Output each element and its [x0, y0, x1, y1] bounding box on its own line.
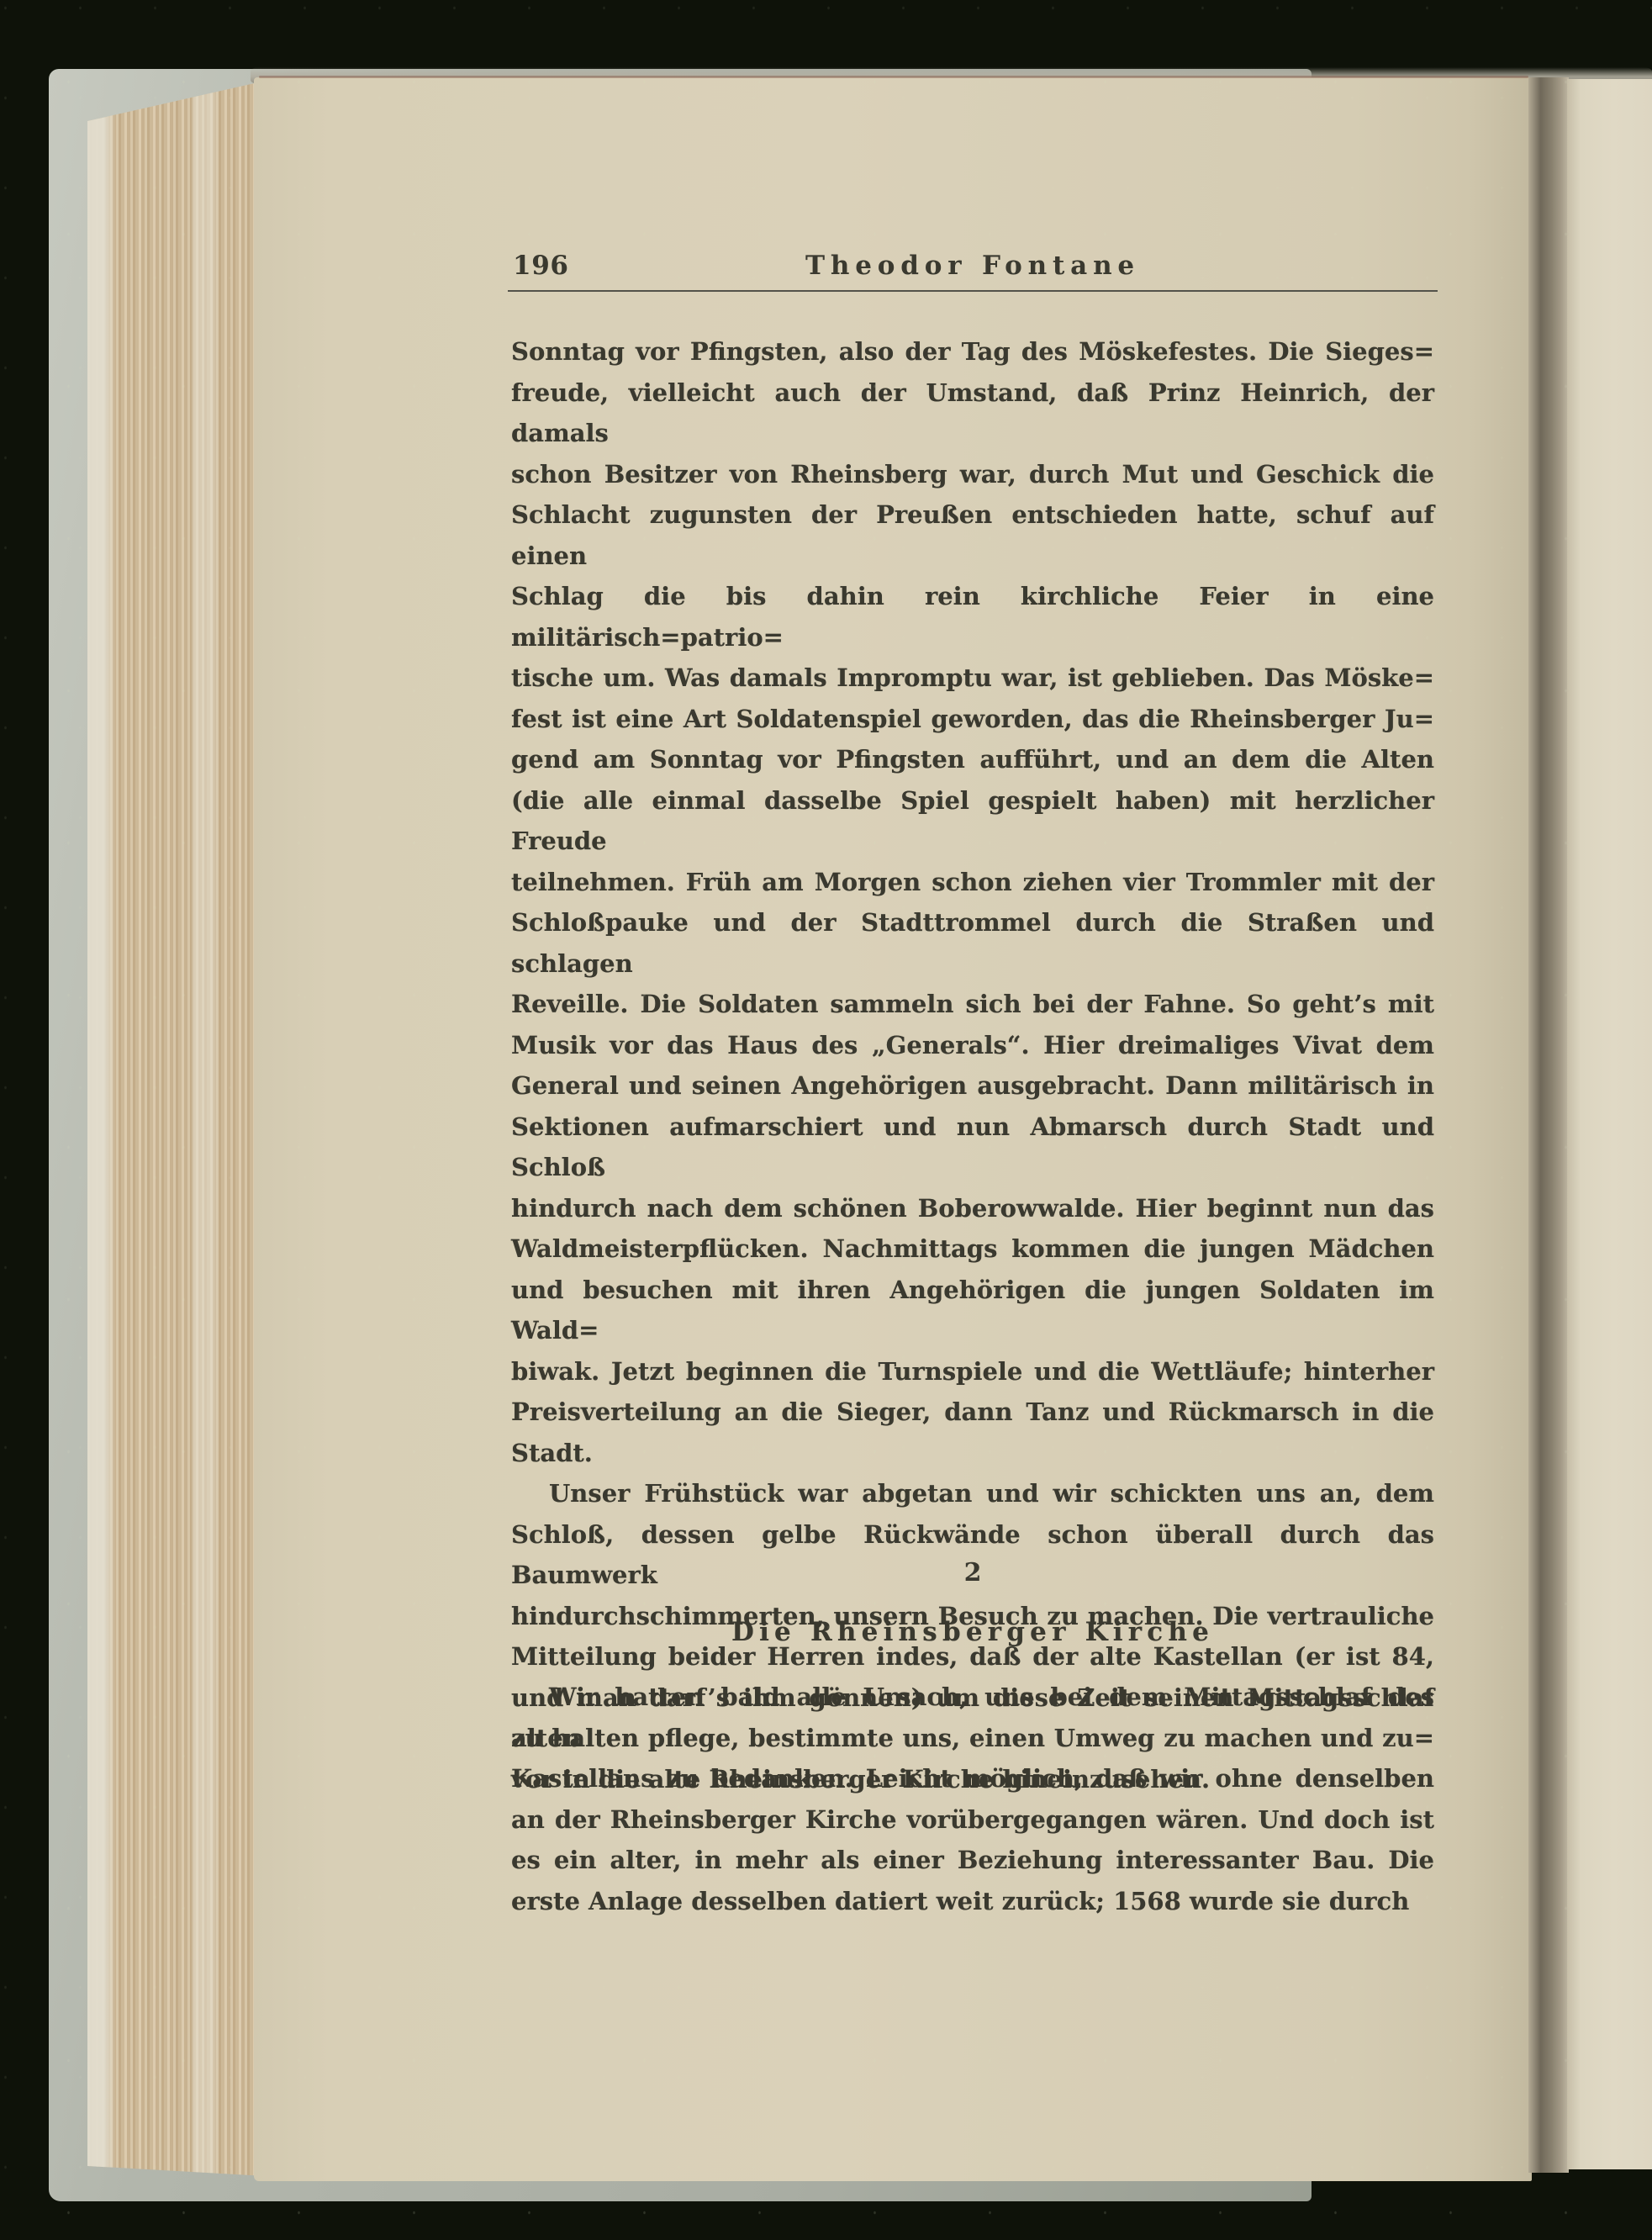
paragraph: Wir hatten bald alle Ursach, uns bei dem…	[511, 1677, 1434, 1921]
text-line: freude, vielleicht auch der Umstand, daß…	[511, 372, 1434, 454]
paragraph: Sonntag vor Pfingsten, also der Tag des …	[511, 331, 1434, 1473]
text-line: Preisverteilung an die Sieger, dann Tanz…	[511, 1392, 1434, 1433]
text-line: biwak. Jetzt beginnen die Turnspiele und…	[511, 1351, 1434, 1392]
text-line: schon Besitzer von Rheinsberg war, durch…	[511, 454, 1434, 495]
text-line: Kastellans zu bedanken. Leicht möglich, …	[511, 1758, 1434, 1799]
page-header: 196 Theodor Fontane	[511, 249, 1434, 288]
text-line: Schloßpauke und der Stadttrommel durch d…	[511, 902, 1434, 984]
text-line: gend am Sonntag vor Pfingsten aufführt, …	[511, 739, 1434, 780]
text-line: Reveille. Die Soldaten sammeln sich bei …	[511, 984, 1434, 1025]
text-line: Unser Frühstück war abgetan und wir schi…	[511, 1473, 1434, 1514]
section-title: Die Rheinsberger Kirche	[511, 1617, 1434, 1647]
header-rule	[508, 290, 1438, 292]
text-line: tische um. Was damals Impromptu war, ist…	[511, 658, 1434, 699]
text-line: Sektionen aufmarschiert und nun Abmarsch…	[511, 1107, 1434, 1188]
text-line: Schlacht zugunsten der Preußen entschied…	[511, 494, 1434, 576]
text-line: teilnehmen. Früh am Morgen schon ziehen …	[511, 862, 1434, 903]
text-line: an der Rheinsberger Kirche vorübergegang…	[511, 1799, 1434, 1841]
body-text-after-section: Wir hatten bald alle Ursach, uns bei dem…	[511, 1677, 1434, 1921]
section-number: 2	[511, 1558, 1434, 1588]
page-number: 196	[513, 251, 569, 281]
text-line: Stadt.	[511, 1433, 1434, 1474]
text-line: Musik vor das Haus des „Generals“. Hier …	[511, 1025, 1434, 1066]
text-line: und besuchen mit ihren Angehörigen die j…	[511, 1270, 1434, 1351]
running-title: Theodor Fontane	[511, 249, 1434, 281]
gutter-shadow	[1528, 77, 1569, 2173]
text-line: Wir hatten bald alle Ursach, uns bei dem…	[511, 1677, 1434, 1758]
text-line: Schlag die bis dahin rein kirchliche Fei…	[511, 576, 1434, 658]
text-line: es ein alter, in mehr als einer Beziehun…	[511, 1840, 1434, 1881]
text-line: Waldmeisterpflücken. Nachmittags kommen …	[511, 1228, 1434, 1270]
text-line: (die alle einmal dasselbe Spiel gespielt…	[511, 780, 1434, 862]
text-line: fest ist eine Art Soldatenspiel geworden…	[511, 699, 1434, 740]
facing-page-edge	[1567, 79, 1652, 2169]
text-line: General und seinen Angehörigen ausgebrac…	[511, 1065, 1434, 1107]
text-line: erste Anlage desselben datiert weit zurü…	[511, 1881, 1434, 1922]
book-scan-scene: 196 Theodor Fontane Sonntag vor Pfingste…	[0, 0, 1652, 2240]
text-line: hindurch nach dem schönen Boberowwalde. …	[511, 1188, 1434, 1229]
page-stack-fore-edge	[87, 81, 266, 2179]
text-line: Sonntag vor Pfingsten, also der Tag des …	[511, 331, 1434, 372]
